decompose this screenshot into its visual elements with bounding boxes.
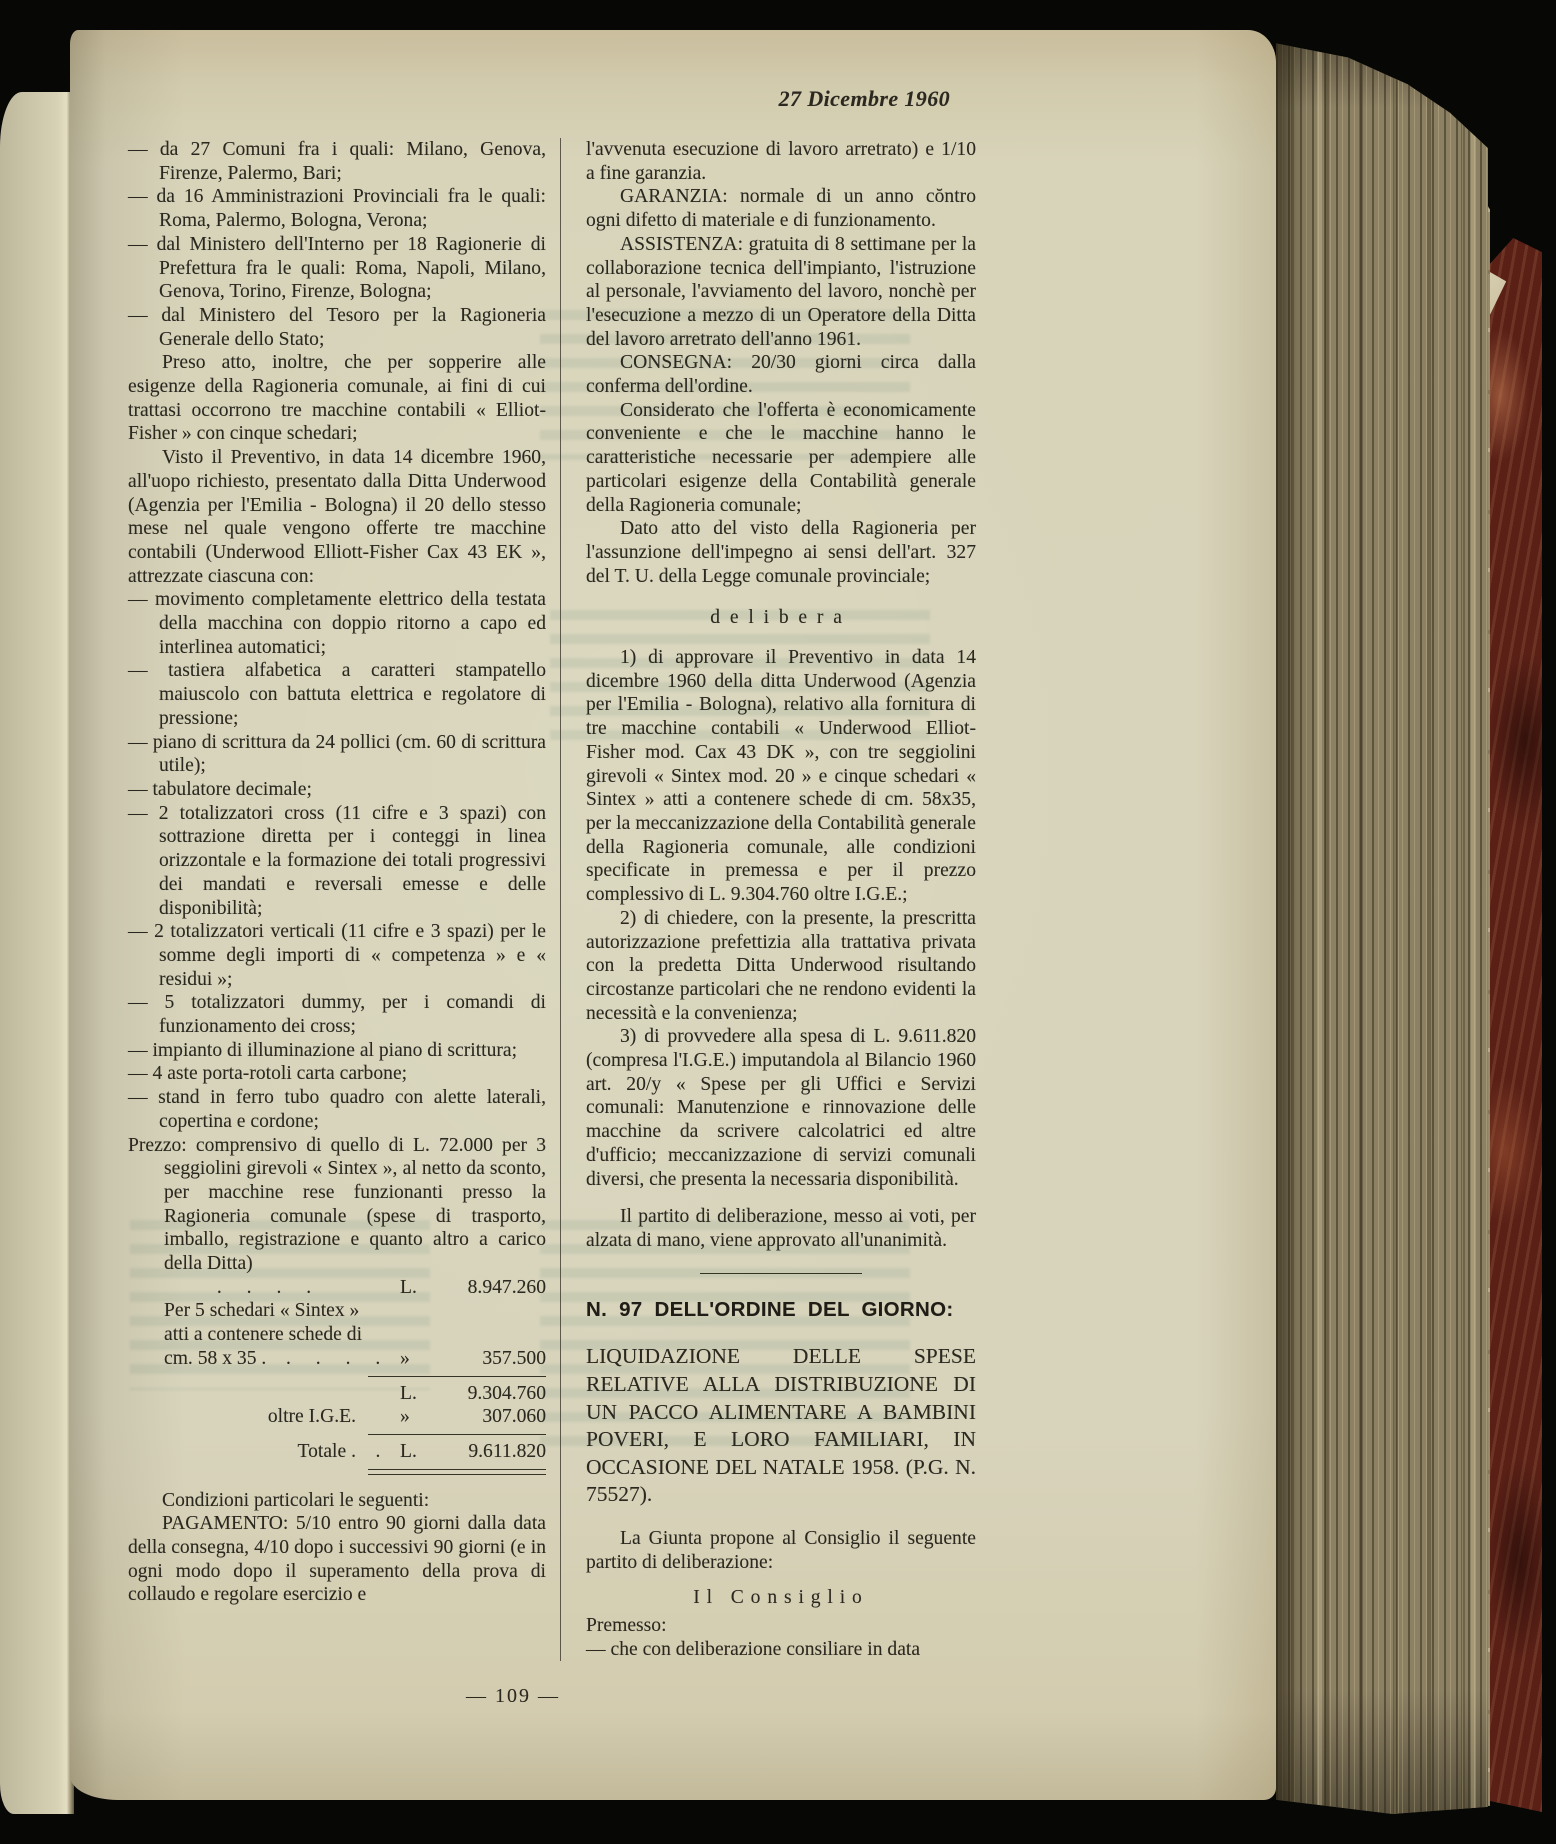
paragraph-premesso: Premesso: xyxy=(586,1614,976,1638)
ige-row: oltre I.G.E. » 307.060 xyxy=(128,1405,546,1429)
paragraph-assistenza: ASSISTENZA: gratuita di 8 settimane per … xyxy=(586,233,976,352)
totals-rule xyxy=(368,1434,546,1435)
paragraph-preso-atto: Preso atto, inoltre, che per sopperire a… xyxy=(128,351,546,446)
list-item: — dal Ministero del Tesoro per la Ragion… xyxy=(128,304,546,351)
book-scan: 27 Dicembre 1960 — da 27 Comuni fra i qu… xyxy=(0,0,1556,1844)
list-item: — dal Ministero dell'Interno per 18 Ragi… xyxy=(128,233,546,304)
feature-item: — 5 totalizzatori dummy, per i comandi d… xyxy=(128,991,546,1038)
section-divider-rule xyxy=(700,1273,862,1274)
paragraph-condizioni: Condizioni particolari le seguenti: xyxy=(128,1489,546,1513)
total-double-rule xyxy=(368,1469,546,1475)
paragraph-continuation: l'avvenuta esecuzione di lavoro arretrat… xyxy=(586,138,976,185)
paragraph-prezzo: Prezzo: comprensivo di quello di L. 72.0… xyxy=(128,1134,546,1276)
currency-mark: L. xyxy=(400,1382,434,1406)
delibera-point: 3) di provvedere alla spesa di L. 9.611.… xyxy=(586,1025,976,1191)
delibera-point: 2) di chiedere, con la presente, la pres… xyxy=(586,907,976,1026)
currency-mark: L. xyxy=(400,1276,434,1300)
price-amount: 8.947.260 xyxy=(434,1276,546,1300)
paragraph-giunta: La Giunta propone al Consiglio il seguen… xyxy=(586,1527,976,1574)
marbled-cover-edge xyxy=(1482,238,1542,1812)
two-column-text: — da 27 Comuni fra i quali: Milano, Geno… xyxy=(128,138,976,1661)
currency-mark: » xyxy=(400,1405,434,1429)
consiglio-heading: Il Consiglio xyxy=(586,1586,976,1610)
agenda-item-heading: N. 97 DELL'ORDINE DEL GIORNO: xyxy=(586,1298,976,1322)
list-item: — da 16 Amministrazioni Provinciali fra … xyxy=(128,185,546,232)
delibera-heading: delibera xyxy=(586,606,976,630)
paragraph-considerato: Considerato che l'offerta è economicamen… xyxy=(586,399,976,518)
paragraph-consegna: CONSEGNA: 20/30 giorni circa dalla confe… xyxy=(586,351,976,398)
feature-item: — 2 totalizzatori verticali (11 cifre e … xyxy=(128,920,546,991)
dot-leader: . . . . xyxy=(266,1347,400,1371)
feature-item: — tastiera alfabetica a caratteri stampa… xyxy=(128,659,546,730)
right-column: l'avvenuta esecuzione di lavoro arretrat… xyxy=(560,138,976,1661)
currency-mark: L. xyxy=(400,1440,434,1464)
ige-label: oltre I.G.E. xyxy=(268,1405,356,1429)
total-label: Totale . xyxy=(298,1440,356,1464)
feature-item: — stand in ferro tubo quadro con alette … xyxy=(128,1086,546,1133)
page-number: — 109 — xyxy=(128,1685,898,1708)
facing-page-edge xyxy=(0,92,74,1814)
currency-mark: » xyxy=(400,1347,434,1371)
dot-leader: . . . . xyxy=(128,1276,400,1300)
feature-item: — movimento completamente elettrico dell… xyxy=(128,588,546,659)
paragraph-dato-atto: Dato atto del visto della Ragioneria per… xyxy=(586,517,976,588)
page-content: 27 Dicembre 1960 — da 27 Comuni fra i qu… xyxy=(128,86,976,1776)
agenda-item-title: LIQUIDAZIONE DELLE SPESE RELATIVE ALLA D… xyxy=(586,1343,976,1509)
feature-item: — 2 totalizzatori cross (11 cifre e 3 sp… xyxy=(128,802,546,921)
schedari-label: cm. 58 x 35 . xyxy=(164,1347,266,1371)
total-row: Totale . . L. 9.611.820 xyxy=(128,1440,546,1464)
price-amount: 357.500 xyxy=(434,1347,546,1371)
feature-item: — piano di scrittura da 24 pollici (cm. … xyxy=(128,731,546,778)
paragraph-garanzia: GARANZIA: normale di un anno cŏntro ogni… xyxy=(586,185,976,232)
book-page: 27 Dicembre 1960 — da 27 Comuni fra i qu… xyxy=(70,30,1276,1800)
feature-item: — 4 aste porta-rotoli carta carbone; xyxy=(128,1062,546,1086)
page-header-date: 27 Dicembre 1960 xyxy=(128,86,976,112)
delibera-point: 1) di approvare il Preventivo in data 14… xyxy=(586,646,976,907)
feature-item: — impianto di illuminazione al piano di … xyxy=(128,1039,546,1063)
feature-item: — tabulatore decimale; xyxy=(128,778,546,802)
price-row-machines: . . . . L. 8.947.260 xyxy=(128,1276,546,1300)
price-row-schedari: cm. 58 x 35 . . . . . » 357.500 xyxy=(128,1347,546,1371)
total-amount: 9.611.820 xyxy=(434,1440,546,1464)
page-stack-fore-edge xyxy=(1276,38,1488,1814)
left-column: — da 27 Comuni fra i quali: Milano, Geno… xyxy=(128,138,546,1661)
dot: . xyxy=(356,1440,400,1464)
premesso-item: — che con deliberazione consiliare in da… xyxy=(586,1638,976,1662)
paragraph-pagamento: PAGAMENTO: 5/10 entro 90 giorni dalla da… xyxy=(128,1512,546,1607)
totals-rule xyxy=(368,1376,546,1377)
ige-amount: 307.060 xyxy=(434,1405,546,1429)
schedari-line: Per 5 schedari « Sintex » xyxy=(128,1299,546,1323)
paragraph-closing: Il partito di deliberazione, messo ai vo… xyxy=(586,1205,976,1252)
schedari-line: atti a contenere schede di xyxy=(128,1323,546,1347)
subtotal-amount: 9.304.760 xyxy=(434,1382,546,1406)
paragraph-visto: Visto il Preventivo, in data 14 dicembre… xyxy=(128,446,546,588)
subtotal-row: L. 9.304.760 xyxy=(128,1382,546,1406)
list-item: — da 27 Comuni fra i quali: Milano, Geno… xyxy=(128,138,546,185)
